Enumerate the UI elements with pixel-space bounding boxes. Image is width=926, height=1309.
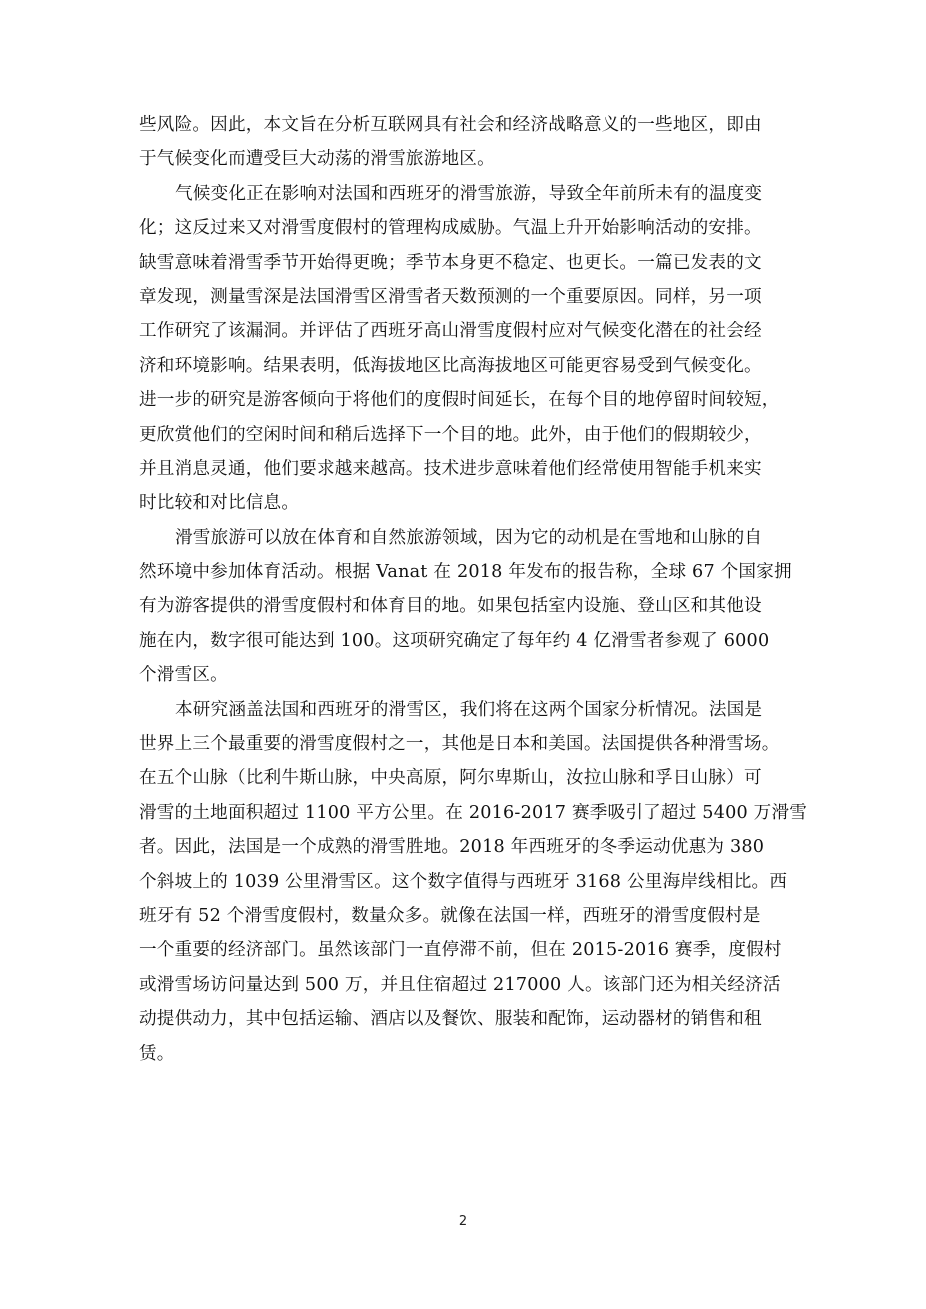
text-line: 气候变化正在影响对法国和西班牙的滑雪旅游，导致全年前所未有的温度变 bbox=[139, 177, 811, 211]
text-line: 更欣赏他们的空闲时间和稍后选择下一个目的地。此外，由于他们的假期较少， bbox=[139, 418, 811, 452]
text-line: 进一步的研究是游客倾向于将他们的度假时间延长，在每个目的地停留时间较短， bbox=[139, 383, 811, 417]
paragraph: 本研究涵盖法国和西班牙的滑雪区，我们将在这两个国家分析情况。法国是世界上三个最重… bbox=[139, 693, 811, 1071]
text-line: 章发现，测量雪深是法国滑雪区滑雪者天数预测的一个重要原因。同样，另一项 bbox=[139, 280, 811, 314]
text-line: 化；这反过来又对滑雪度假村的管理构成威胁。气温上升开始影响活动的安排。 bbox=[139, 211, 811, 245]
text-line: 然环境中参加体育活动。根据 Vanat 在 2018 年发布的报告称，全球 67… bbox=[139, 555, 811, 589]
paragraph: 些风险。因此，本文旨在分析互联网具有社会和经济战略意义的一些地区，即由于气候变化… bbox=[139, 108, 811, 177]
text-line: 一个重要的经济部门。虽然该部门一直停滞不前，但在 2015-2016 赛季，度假… bbox=[139, 933, 811, 967]
body-text: 些风险。因此，本文旨在分析互联网具有社会和经济战略意义的一些地区，即由于气候变化… bbox=[139, 108, 811, 1071]
text-line: 赁。 bbox=[139, 1037, 811, 1071]
text-line: 工作研究了该漏洞。并评估了西班牙高山滑雪度假村应对气候变化潜在的社会经 bbox=[139, 314, 811, 348]
text-line: 动提供动力，其中包括运输、酒店以及餐饮、服装和配饰，运动器材的销售和租 bbox=[139, 1002, 811, 1036]
document-page: 些风险。因此，本文旨在分析互联网具有社会和经济战略意义的一些地区，即由于气候变化… bbox=[0, 0, 926, 1309]
text-line: 时比较和对比信息。 bbox=[139, 486, 811, 520]
paragraph: 滑雪旅游可以放在体育和自然旅游领域，因为它的动机是在雪地和山脉的自然环境中参加体… bbox=[139, 521, 811, 693]
text-line: 个斜坡上的 1039 公里滑雪区。这个数字值得与西班牙 3168 公里海岸线相比… bbox=[139, 865, 811, 899]
text-line: 些风险。因此，本文旨在分析互联网具有社会和经济战略意义的一些地区，即由 bbox=[139, 108, 811, 142]
text-line: 个滑雪区。 bbox=[139, 658, 811, 692]
text-line: 有为游客提供的滑雪度假村和体育目的地。如果包括室内设施、登山区和其他设 bbox=[139, 589, 811, 623]
text-line: 缺雪意味着滑雪季节开始得更晚；季节本身更不稳定、也更长。一篇已发表的文 bbox=[139, 246, 811, 280]
paragraph: 气候变化正在影响对法国和西班牙的滑雪旅游，导致全年前所未有的温度变化；这反过来又… bbox=[139, 177, 811, 521]
text-line: 者。因此，法国是一个成熟的滑雪胜地。2018 年西班牙的冬季运动优惠为 380 bbox=[139, 830, 811, 864]
text-line: 济和环境影响。结果表明，低海拔地区比高海拔地区可能更容易受到气候变化。 bbox=[139, 349, 811, 383]
text-line: 在五个山脉（比利牛斯山脉，中央高原，阿尔卑斯山，汝拉山脉和孚日山脉）可 bbox=[139, 761, 811, 795]
text-line: 于气候变化而遭受巨大动荡的滑雪旅游地区。 bbox=[139, 142, 811, 176]
page-number: 2 bbox=[0, 1214, 926, 1229]
text-line: 世界上三个最重要的滑雪度假村之一，其他是日本和美国。法国提供各种滑雪场。 bbox=[139, 727, 811, 761]
text-line: 班牙有 52 个滑雪度假村，数量众多。就像在法国一样，西班牙的滑雪度假村是 bbox=[139, 899, 811, 933]
text-line: 施在内，数字很可能达到 100。这项研究确定了每年约 4 亿滑雪者参观了 600… bbox=[139, 624, 811, 658]
text-line: 滑雪的土地面积超过 1100 平方公里。在 2016-2017 赛季吸引了超过 … bbox=[139, 796, 811, 830]
text-line: 滑雪旅游可以放在体育和自然旅游领域，因为它的动机是在雪地和山脉的自 bbox=[139, 521, 811, 555]
text-line: 本研究涵盖法国和西班牙的滑雪区，我们将在这两个国家分析情况。法国是 bbox=[139, 693, 811, 727]
text-line: 并且消息灵通，他们要求越来越高。技术进步意味着他们经常使用智能手机来实 bbox=[139, 452, 811, 486]
text-line: 或滑雪场访问量达到 500 万，并且住宿超过 217000 人。该部门还为相关经… bbox=[139, 968, 811, 1002]
